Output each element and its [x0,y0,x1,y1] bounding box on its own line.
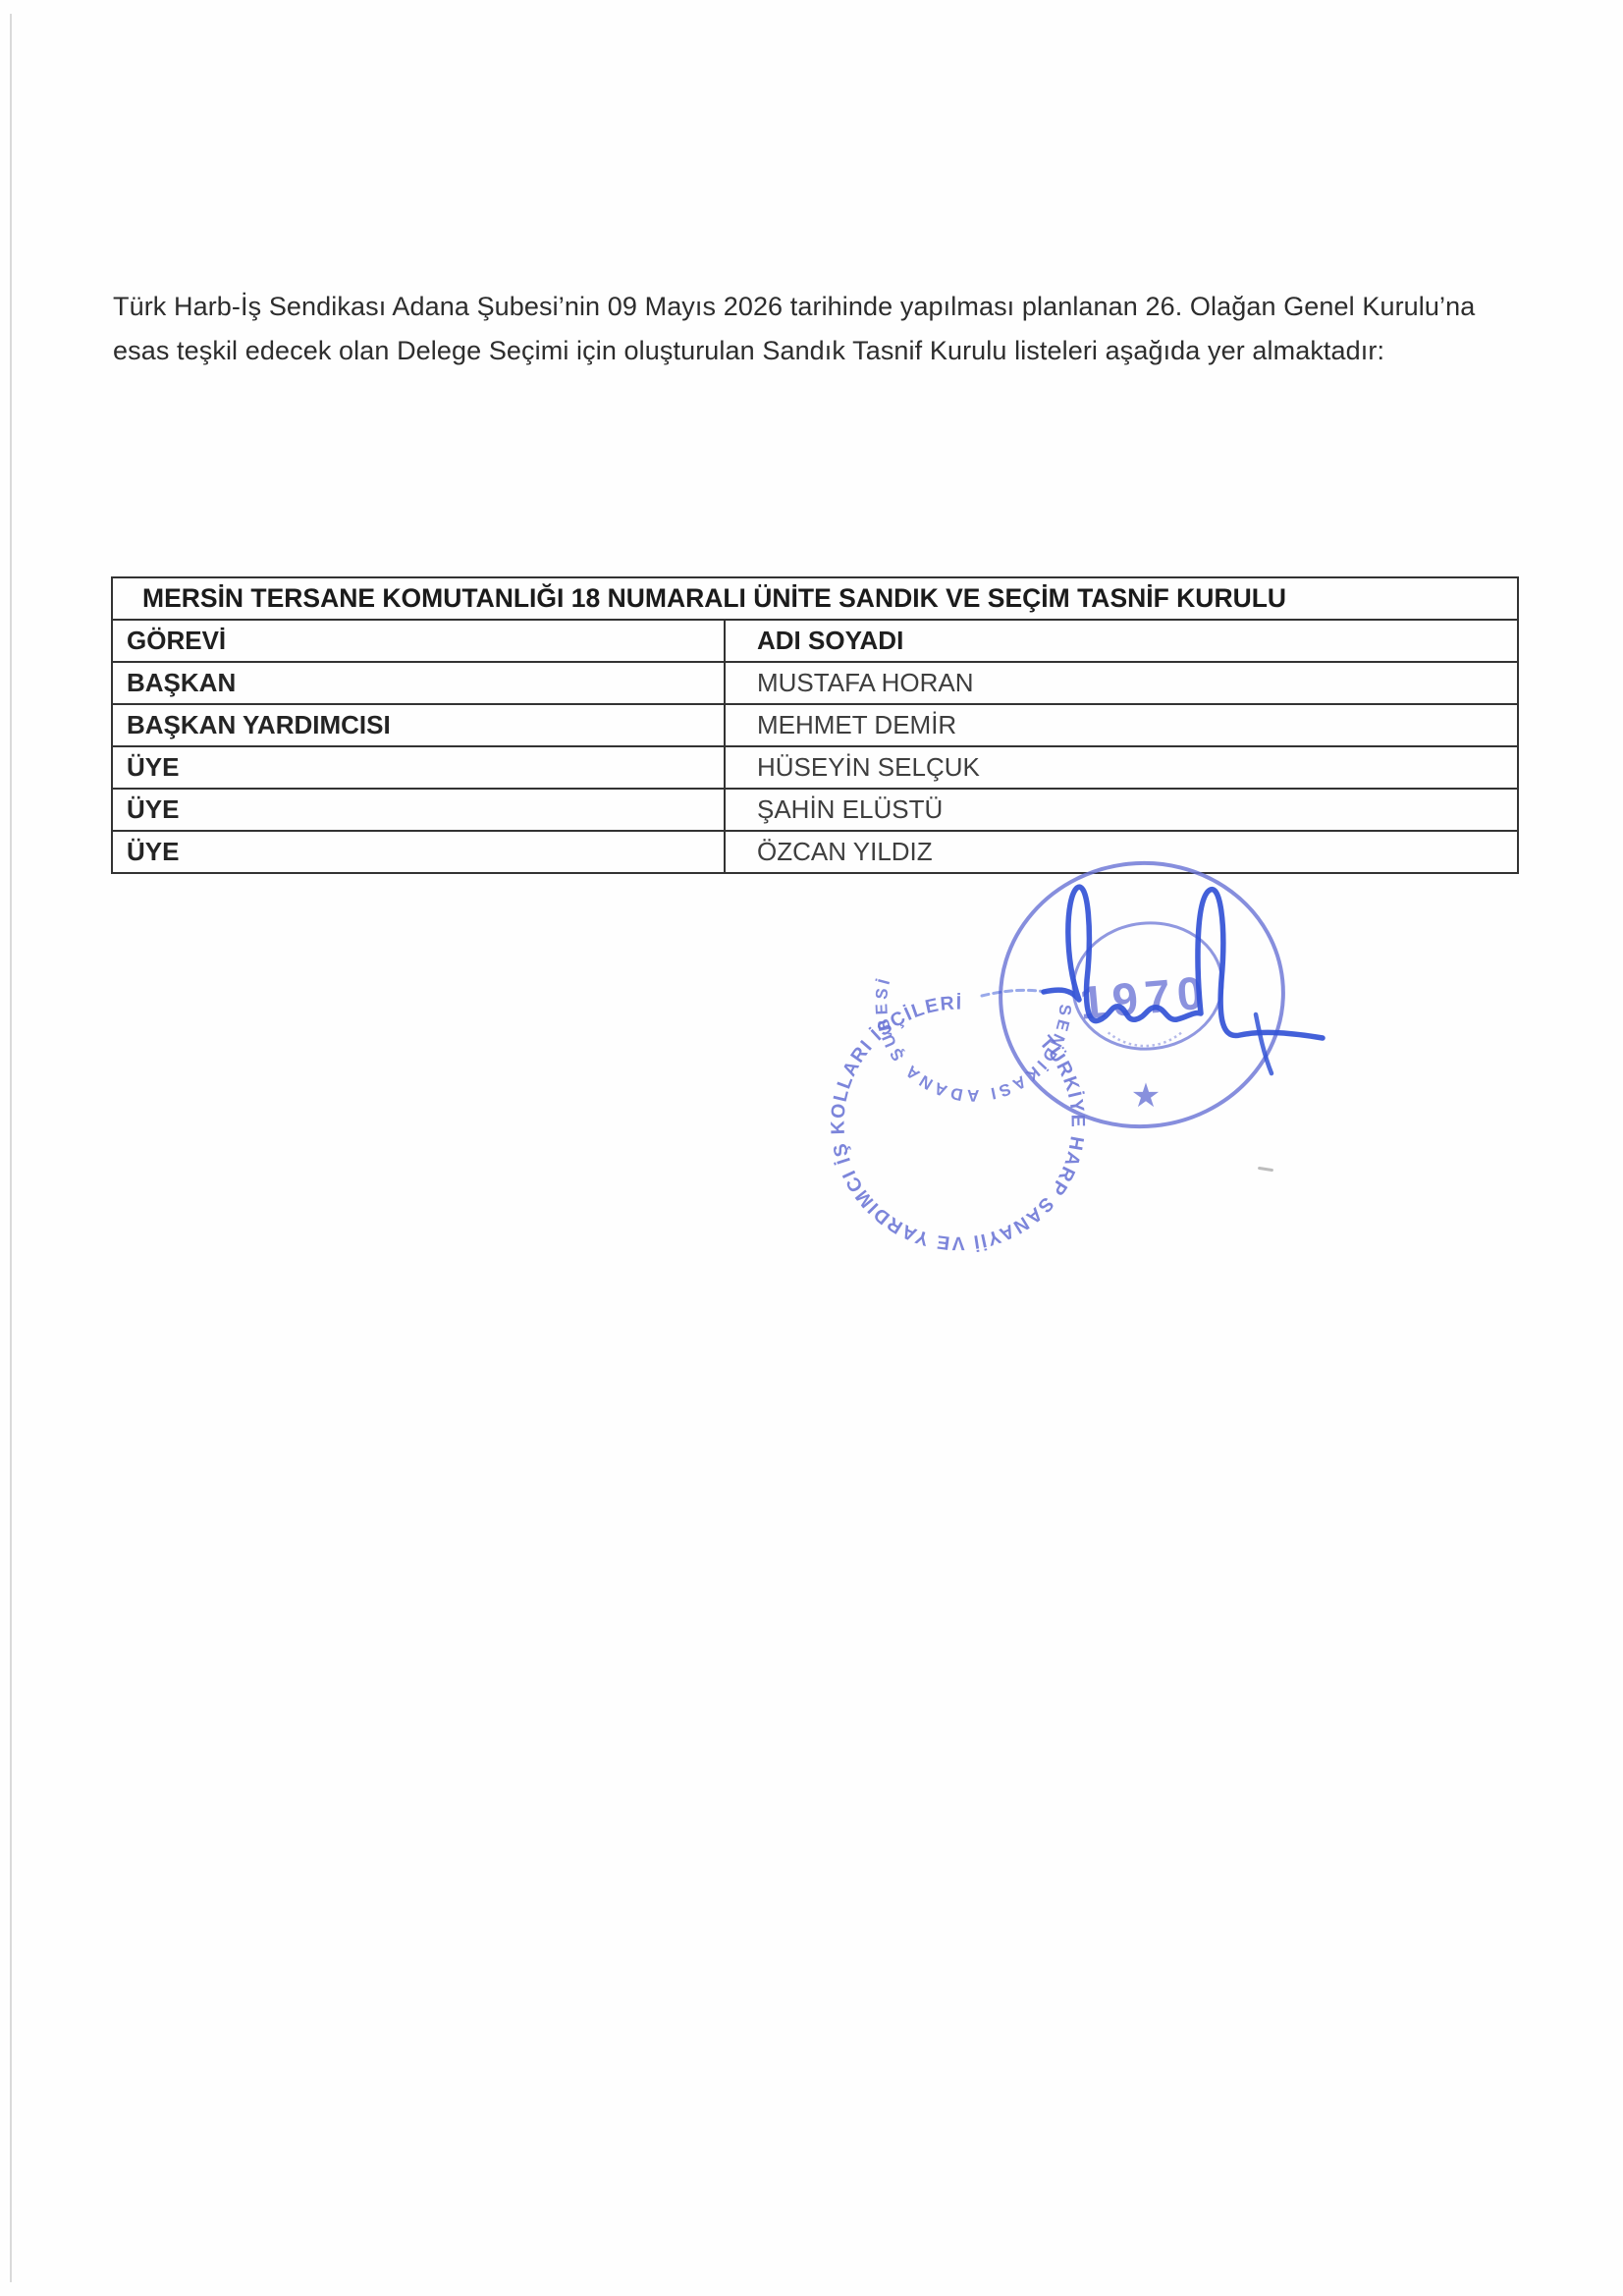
table-row: BAŞKAN MUSTAFA HORAN [112,662,1518,704]
role-cell: BAŞKAN [112,662,725,704]
role-cell: ÜYE [112,789,725,831]
stamp-outer-text: TÜRKİYE HARP SANAYİİ VE YARDIMCI İŞ KOLL… [827,992,1088,1254]
stamp-star-icon: ★ [1131,1077,1161,1115]
signature-leadin-stroke [982,990,1046,996]
column-header-role: GÖREVİ [112,620,725,662]
union-stamp: TÜRKİYE HARP SANAYİİ VE YARDIMCI İŞ KOLL… [967,841,1389,1186]
table-row: BAŞKAN YARDIMCISI MEHMET DEMİR [112,704,1518,746]
role-cell: BAŞKAN YARDIMCISI [112,704,725,746]
name-cell: ŞAHİN ELÜSTÜ [725,789,1518,831]
table-row: ÜYE ŞAHİN ELÜSTÜ [112,789,1518,831]
table-row: ÜYE HÜSEYİN SELÇUK [112,746,1518,789]
role-cell: ÜYE [112,746,725,789]
name-cell: MEHMET DEMİR [725,704,1518,746]
name-cell: MUSTAFA HORAN [725,662,1518,704]
committee-table: MERSİN TERSANE KOMUTANLIĞI 18 NUMARALI Ü… [111,576,1519,874]
scanned-document-page: Türk Harb-İş Sendikası Adana Şubesi’nin … [0,0,1623,2296]
role-cell: ÜYE [112,831,725,873]
intro-paragraph: Türk Harb-İş Sendikası Adana Şubesi’nin … [113,285,1525,373]
table-title: MERSİN TERSANE KOMUTANLIĞI 18 NUMARALI Ü… [112,577,1518,620]
column-header-name: ADI SOYADI [725,620,1518,662]
signature-descender-stroke [1256,1014,1271,1073]
table-header-row: GÖREVİ ADI SOYADI [112,620,1518,662]
table-title-row: MERSİN TERSANE KOMUTANLIĞI 18 NUMARALI Ü… [112,577,1518,620]
scan-edge-line [10,14,12,2282]
name-cell: HÜSEYİN SELÇUK [725,746,1518,789]
